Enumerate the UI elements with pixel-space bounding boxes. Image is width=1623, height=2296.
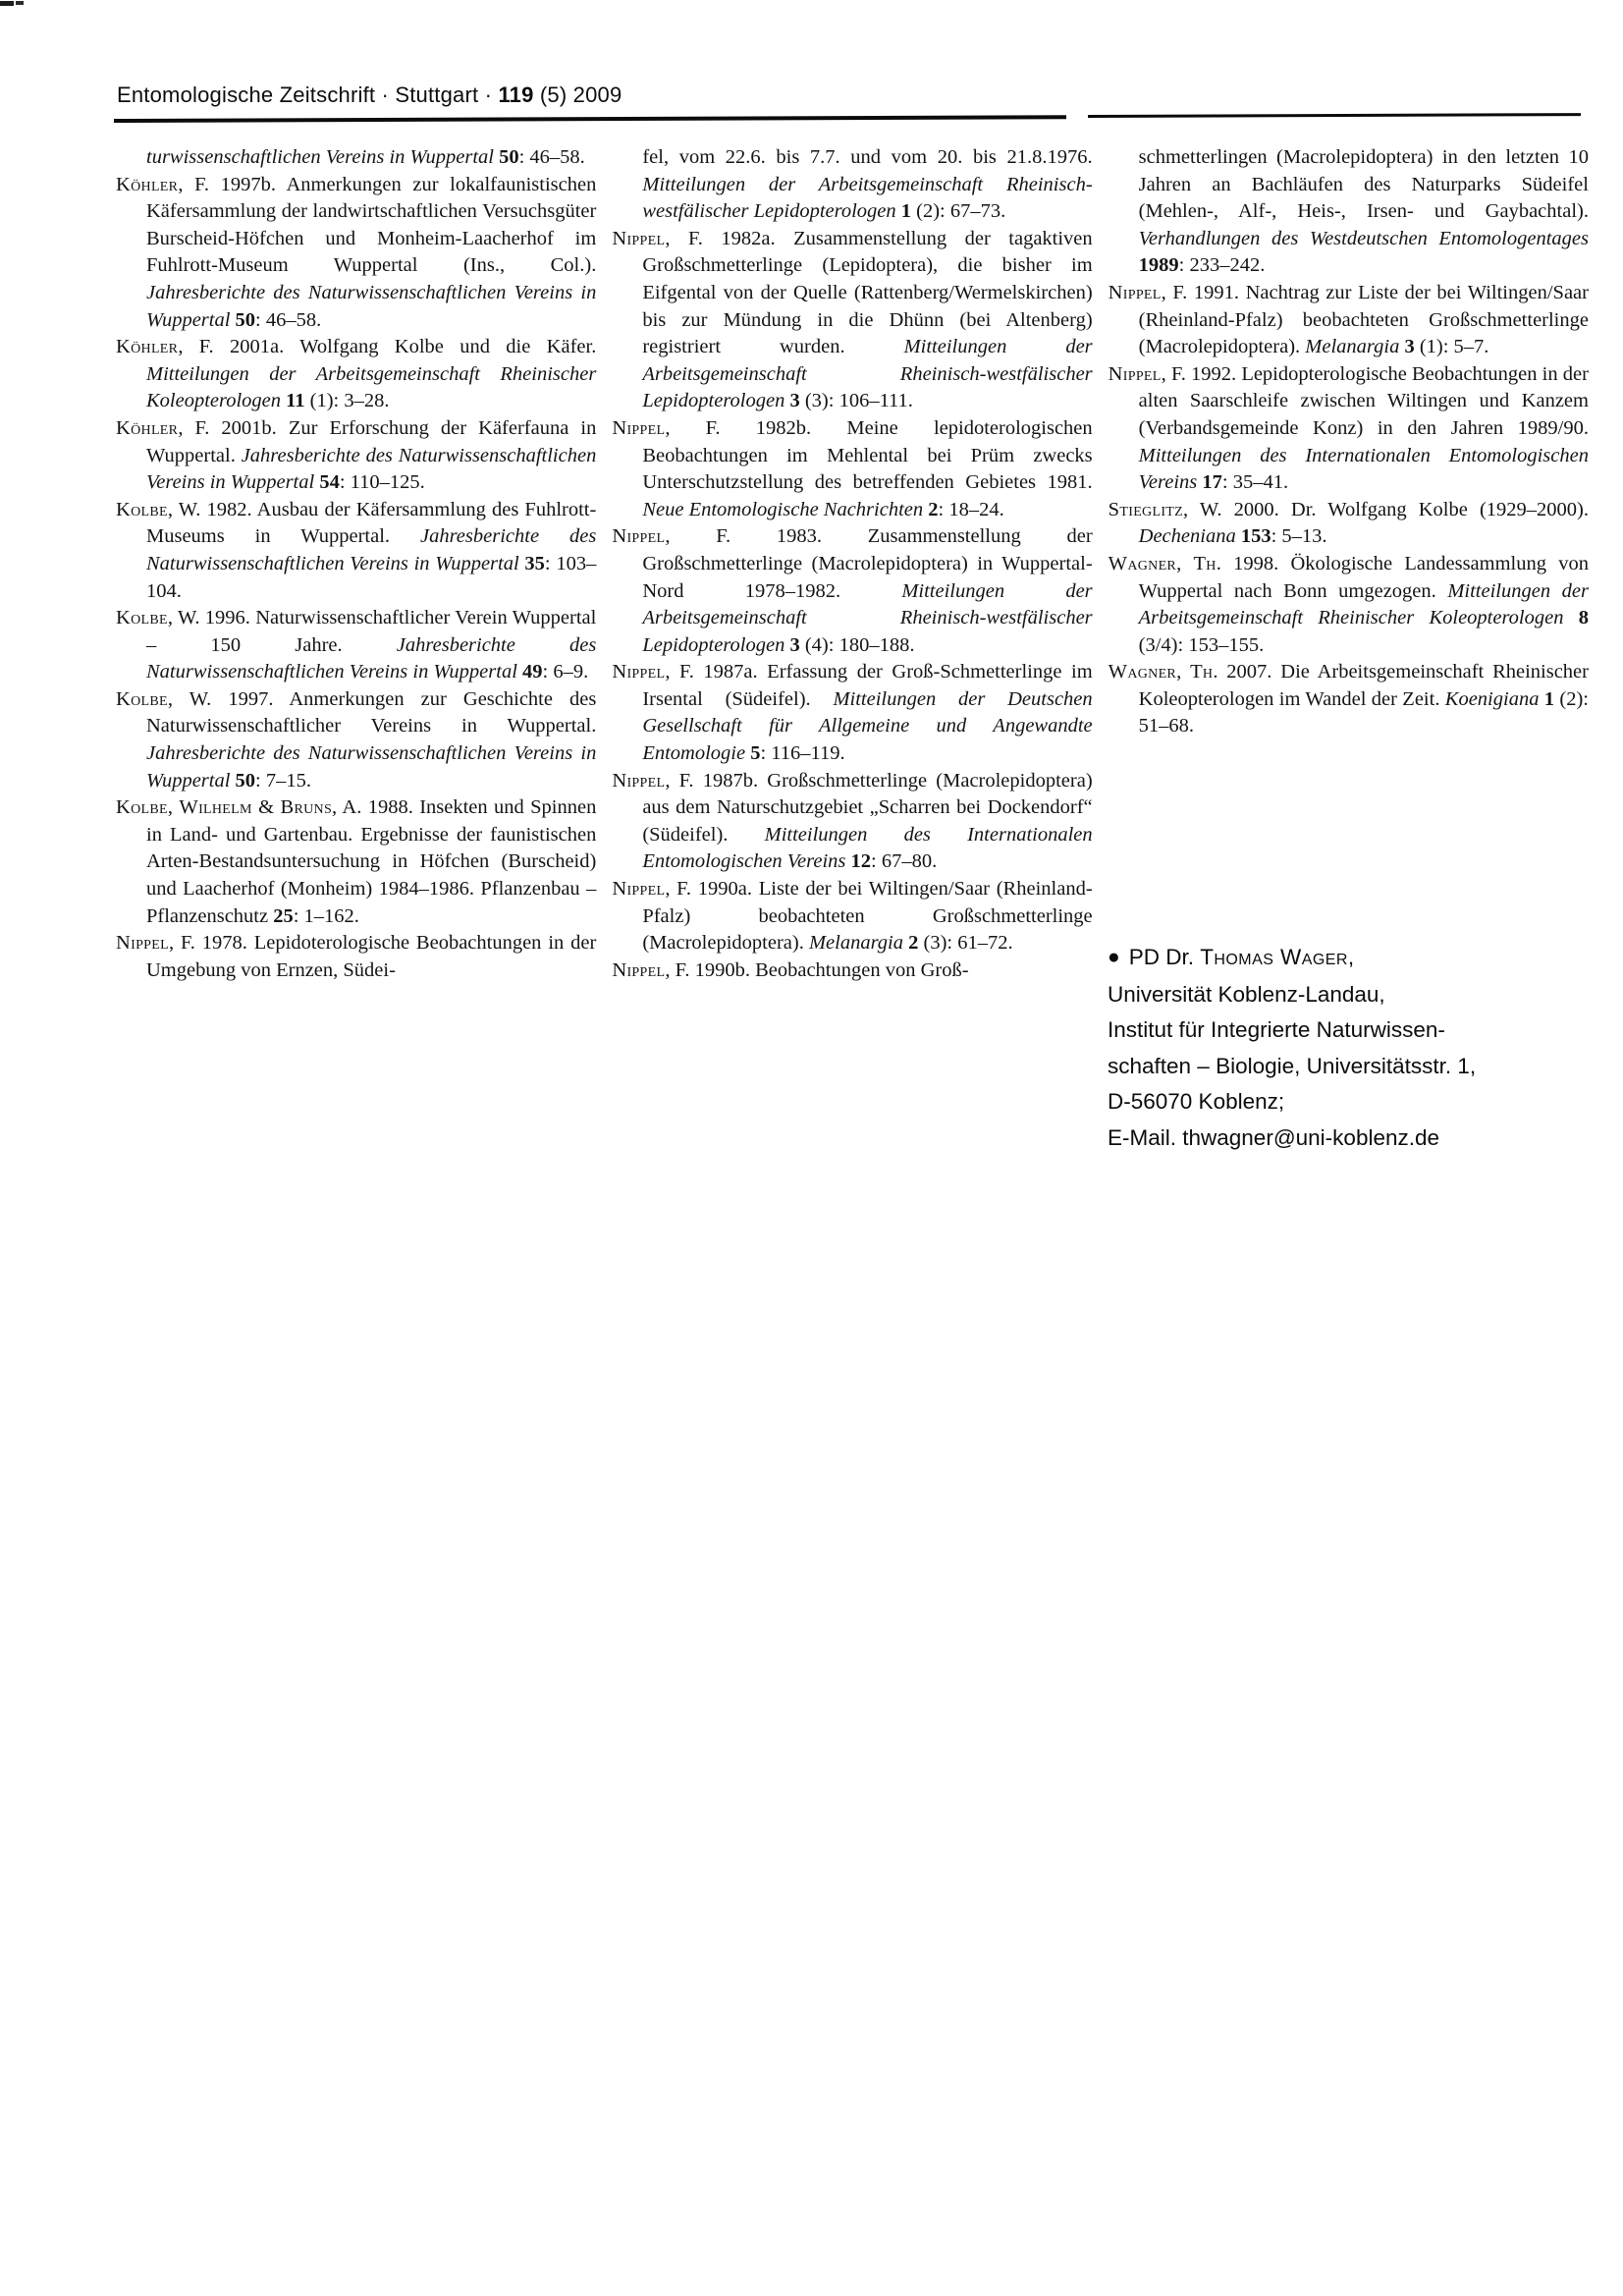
- author-line: E-Mail. thwagner@uni-koblenz.de: [1108, 1121, 1598, 1157]
- text-run: Neue Entomologische Nachrichten: [642, 499, 928, 520]
- references-column-1: turwissenschaftlichen Vereins in Wuppert…: [116, 144, 596, 984]
- text-run: Wilhelm: [179, 796, 251, 818]
- reference-entry: schmetterlingen (Macrolepidoptera) in de…: [1109, 144, 1589, 280]
- text-run: : 18–24.: [939, 499, 1004, 520]
- author-line: D-56070 Koblenz;: [1108, 1084, 1598, 1121]
- reference-entry: Nippel, F. 1992. Lepidopterologische Beo…: [1109, 361, 1589, 497]
- text-run: 17: [1202, 471, 1222, 493]
- text-run: ,: [1176, 661, 1190, 683]
- reference-entry: Köhler, F. 2001a. Wolfgang Kolbe und die…: [116, 334, 596, 415]
- text-run: Melanargia: [1305, 336, 1404, 357]
- reference-entry: fel, vom 22.6. bis 7.7. und vom 20. bis …: [612, 144, 1092, 226]
- text-run: , W. 1997. Anmerkungen zur Geschichte de…: [146, 688, 596, 738]
- text-run: &: [252, 796, 281, 818]
- text-run: Nippel: [612, 959, 665, 981]
- text-run: Decheniana: [1139, 525, 1241, 547]
- author-line: Universität Koblenz-Landau,: [1108, 977, 1598, 1013]
- text-run: , F. 1992. Lepidopterologische Beobachtu…: [1139, 363, 1589, 439]
- text-run: Nippel: [612, 417, 665, 439]
- text-run: D-56070 Koblenz;: [1108, 1089, 1284, 1114]
- reference-entry: Nippel, F. 1990a. Liste der bei Wiltinge…: [612, 876, 1092, 957]
- text-run: Nippel: [612, 661, 665, 683]
- reference-entry: turwissenschaftlichen Vereins in Wuppert…: [116, 144, 596, 172]
- text-run: 3: [789, 390, 799, 411]
- text-run: : 35–41.: [1222, 471, 1288, 493]
- text-run: Koenigiana: [1445, 688, 1544, 710]
- text-run: ,: [1176, 553, 1193, 574]
- text-run: E-Mail. thwagner@uni-koblenz.de: [1108, 1125, 1439, 1150]
- text-run: (2): 67–73.: [911, 200, 1005, 222]
- text-run: 119: [498, 82, 533, 107]
- scan-artifact: [16, 1, 24, 5]
- text-run: : 233–242.: [1179, 254, 1266, 276]
- text-run: , F. 2001a. Wolfgang Kolbe und die Käfer…: [178, 336, 596, 357]
- text-run: Jahresberichte des Naturwissenschaftlich…: [146, 742, 596, 792]
- text-run: 2: [928, 499, 938, 520]
- text-run: 5: [750, 742, 760, 764]
- scan-artifact: [0, 1, 14, 6]
- text-run: Bruns: [280, 796, 332, 818]
- text-run: Melanargia: [809, 932, 908, 954]
- author-line: ●PD Dr. Thomas Wager,: [1108, 940, 1598, 977]
- text-run: Institut für Integrierte Naturwissen-: [1108, 1017, 1445, 1042]
- reference-entry: Kolbe, W. 1982. Ausbau der Käfersammlung…: [116, 497, 596, 605]
- text-run: turwissenschaftlichen Vereins in Wuppert…: [146, 146, 499, 168]
- text-run: Nippel: [612, 878, 665, 900]
- text-run: (3): 106–111.: [800, 390, 913, 411]
- reference-entry: Nippel, F. 1983. Zusammenstellung der Gr…: [612, 523, 1092, 659]
- reference-entry: Nippel, F. 1991. Nachtrag zur Liste der …: [1109, 280, 1589, 361]
- text-run: Entomologische Zeitschrift · Stuttgart ·: [117, 82, 498, 107]
- author-bullet-icon: ●: [1108, 940, 1120, 976]
- text-run: : 1–162.: [294, 905, 359, 927]
- text-run: 35: [524, 553, 545, 574]
- text-run: 50: [236, 309, 256, 331]
- references-section: turwissenschaftlichen Vereins in Wuppert…: [116, 144, 1589, 984]
- text-run: , F. 1990b. Beobachtungen von Groß-: [665, 959, 968, 981]
- text-run: 1: [901, 200, 911, 222]
- text-run: (1): 5–7.: [1415, 336, 1489, 357]
- text-run: Thomas Wager: [1200, 945, 1348, 969]
- text-run: Kolbe: [116, 607, 168, 629]
- reference-entry: Nippel, F. 1982b. Meine lepidoterologisc…: [612, 415, 1092, 523]
- text-run: 49: [522, 661, 543, 683]
- text-run: : 116–119.: [760, 742, 844, 764]
- text-run: 3: [1404, 336, 1414, 357]
- text-run: Kolbe: [116, 796, 168, 818]
- text-run: Universität Koblenz-Landau,: [1108, 982, 1385, 1007]
- text-run: Nippel: [612, 228, 665, 249]
- text-run: 50: [499, 146, 519, 168]
- text-run: Kolbe: [116, 499, 168, 520]
- text-run: , W. 2000. Dr. Wolfgang Kolbe (1929–2000…: [1183, 499, 1589, 520]
- text-run: Nippel: [1109, 363, 1162, 385]
- author-line: Institut für Integrierte Naturwissen-: [1108, 1012, 1598, 1049]
- text-run: Kolbe: [116, 688, 168, 710]
- reference-entry: Köhler, F. 2001b. Zur Erforschung der Kä…: [116, 415, 596, 497]
- text-run: : 5–13.: [1271, 525, 1327, 547]
- reference-entry: Wagner, Th. 2007. Die Arbeitsgemeinschaf…: [1109, 659, 1589, 740]
- text-run: : 6–9.: [543, 661, 589, 683]
- reference-entry: Kolbe, W. 1997. Anmerkungen zur Geschich…: [116, 686, 596, 794]
- text-run: , F. 1997b. Anmerkungen zur lokalfaunist…: [146, 174, 596, 277]
- header-rule-right: [1088, 113, 1581, 118]
- text-run: Köhler: [116, 336, 178, 357]
- text-run: : 46–58.: [255, 309, 321, 331]
- text-run: Mitteilungen der Arbeitsgemeinschaft Rhe…: [642, 174, 1092, 223]
- text-run: (3/4): 153–155.: [1139, 634, 1265, 656]
- text-run: PD Dr.: [1129, 945, 1201, 969]
- text-run: 3: [789, 634, 799, 656]
- text-run: : 7–15.: [255, 770, 311, 792]
- author-line: schaften – Biologie, Universitätsstr. 1,: [1108, 1049, 1598, 1085]
- text-run: schaften – Biologie, Universitätsstr. 1,: [1108, 1054, 1476, 1078]
- text-run: , F. 1982b. Meine lepidoterologischen Be…: [642, 417, 1092, 493]
- text-run: Stieglitz: [1109, 499, 1183, 520]
- text-run: ,: [1348, 945, 1354, 969]
- text-run: 25: [273, 905, 294, 927]
- text-run: Nippel: [1109, 282, 1162, 303]
- text-run: 54: [319, 471, 340, 493]
- text-run: Wagner: [1109, 553, 1176, 574]
- journal-header-text: Entomologische Zeitschrift · Stuttgart ·…: [117, 82, 622, 108]
- text-run: (3): 61–72.: [918, 932, 1012, 954]
- text-run: 153: [1241, 525, 1271, 547]
- text-run: Th: [1193, 553, 1216, 574]
- references-column-3: schmetterlingen (Macrolepidoptera) in de…: [1109, 144, 1589, 984]
- reference-entry: Nippel, F. 1987b. Großschmetterlinge (Ma…: [612, 768, 1092, 876]
- text-run: Nippel: [612, 525, 665, 547]
- text-run: 8: [1579, 607, 1589, 629]
- header-rule-left: [114, 115, 1066, 123]
- reference-entry: Kolbe, Wilhelm & Bruns, A. 1988. Insekte…: [116, 794, 596, 930]
- text-run: 11: [286, 390, 304, 411]
- text-run: , F. 1978. Lepidoterologische Beobachtun…: [146, 932, 596, 981]
- text-run: Verhandlungen des Westdeutschen Entomolo…: [1139, 228, 1589, 249]
- reference-entry: Nippel, F. 1982a. Zusammenstellung der t…: [612, 226, 1092, 415]
- text-run: schmetterlingen (Macrolepidoptera) in de…: [1139, 146, 1589, 222]
- text-run: Th: [1190, 661, 1213, 683]
- text-run: 12: [851, 850, 872, 872]
- text-run: (5) 2009: [534, 82, 622, 107]
- text-run: Wagner: [1109, 661, 1176, 683]
- text-run: 1989: [1139, 254, 1179, 276]
- text-run: Nippel: [612, 770, 665, 792]
- text-run: ,: [168, 796, 180, 818]
- text-run: 1: [1544, 688, 1554, 710]
- reference-entry: Köhler, F. 1997b. Anmerkungen zur lokalf…: [116, 172, 596, 335]
- text-run: 2: [908, 932, 918, 954]
- text-run: 50: [236, 770, 256, 792]
- reference-entry: Nippel, F. 1987a. Erfassung der Groß-Sch…: [612, 659, 1092, 767]
- text-run: (4): 180–188.: [800, 634, 915, 656]
- author-block: ●PD Dr. Thomas Wager,Universität Koblenz…: [1108, 940, 1598, 1156]
- text-run: fel, vom 22.6. bis 7.7. und vom 20. bis …: [642, 146, 1092, 168]
- reference-entry: Stieglitz, W. 2000. Dr. Wolfgang Kolbe (…: [1109, 497, 1589, 551]
- reference-entry: Nippel, F. 1990b. Beobachtungen von Groß…: [612, 957, 1092, 985]
- text-run: : 46–58.: [519, 146, 585, 168]
- reference-entry: Nippel, F. 1978. Lepidoterologische Beob…: [116, 930, 596, 984]
- text-run: : 67–80.: [871, 850, 937, 872]
- text-run: Köhler: [116, 417, 178, 439]
- references-column-2: fel, vom 22.6. bis 7.7. und vom 20. bis …: [612, 144, 1092, 984]
- reference-entry: Kolbe, W. 1996. Naturwissenschaftlicher …: [116, 605, 596, 686]
- reference-entry: Wagner, Th. 1998. Ökologische Landessamm…: [1109, 551, 1589, 659]
- text-run: : 110–125.: [340, 471, 425, 493]
- text-run: Nippel: [116, 932, 169, 954]
- journal-page: Entomologische Zeitschrift · Stuttgart ·…: [0, 0, 1623, 2296]
- text-run: (1): 3–28.: [305, 390, 390, 411]
- text-run: Köhler: [116, 174, 178, 195]
- text-run: Jahresberichte des Naturwissenschaftlich…: [146, 282, 596, 331]
